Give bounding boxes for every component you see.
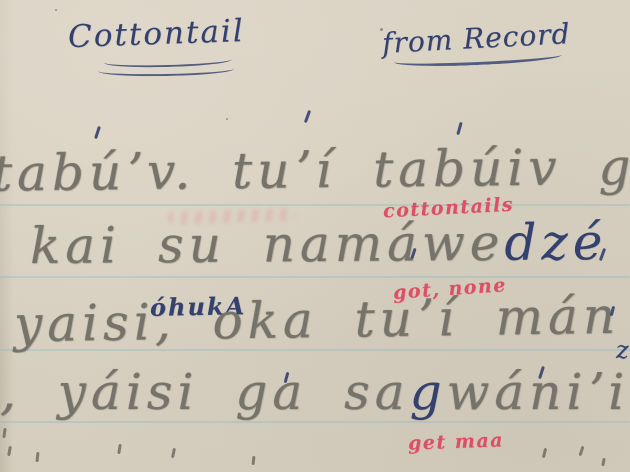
paper-speck — [226, 118, 228, 120]
ink-overwrite: dzé — [504, 213, 607, 272]
manuscript-page: Cottontail from Record tabúʼv. tuʼí tabú… — [0, 0, 630, 472]
ink-tail-letter: z — [616, 336, 629, 364]
pencil-text: , yáisi ga sa — [0, 363, 410, 421]
pencil-text: tabúʼv. tuʼí tabúiv ga — [0, 137, 630, 202]
stray-pencil-mark — [542, 448, 547, 458]
rule-line — [0, 276, 630, 278]
ink-overwrite-g: g — [410, 363, 447, 421]
pencil-text: yaisi, oka tuʼí mán — [14, 287, 621, 353]
stray-pencil-mark — [7, 446, 12, 456]
red-gloss-get-maa: get maa — [408, 429, 505, 454]
page-title: Cottontail — [67, 13, 245, 55]
ink-accent-mark — [304, 110, 311, 123]
pencil-text: wániʼi — [447, 363, 630, 421]
paper-speck — [318, 258, 321, 261]
stray-pencil-mark — [35, 452, 39, 462]
rule-line — [0, 204, 630, 206]
ink-accent-mark — [94, 126, 101, 139]
paper-speck — [380, 28, 383, 31]
stray-pencil-mark — [117, 444, 122, 454]
stray-pencil-mark — [252, 456, 256, 465]
stray-pencil-mark — [171, 448, 176, 458]
pencil-text: kai su namáwe — [30, 214, 505, 275]
stray-pencil-mark — [2, 428, 6, 438]
transcription-line-1: tabúʼv. tuʼí tabúiv ga — [0, 136, 630, 203]
ink-accent-mark — [456, 122, 462, 135]
transcription-line-2: kai su namáwedzé — [30, 212, 608, 276]
stray-pencil-mark — [601, 458, 605, 466]
paper-speck — [55, 9, 57, 11]
transcription-line-4: , yáisi ga sagwániʼi — [0, 362, 629, 422]
transcription-line-3: yaisi, oka tuʼí mán — [14, 286, 621, 354]
stray-pencil-mark — [579, 446, 585, 456]
